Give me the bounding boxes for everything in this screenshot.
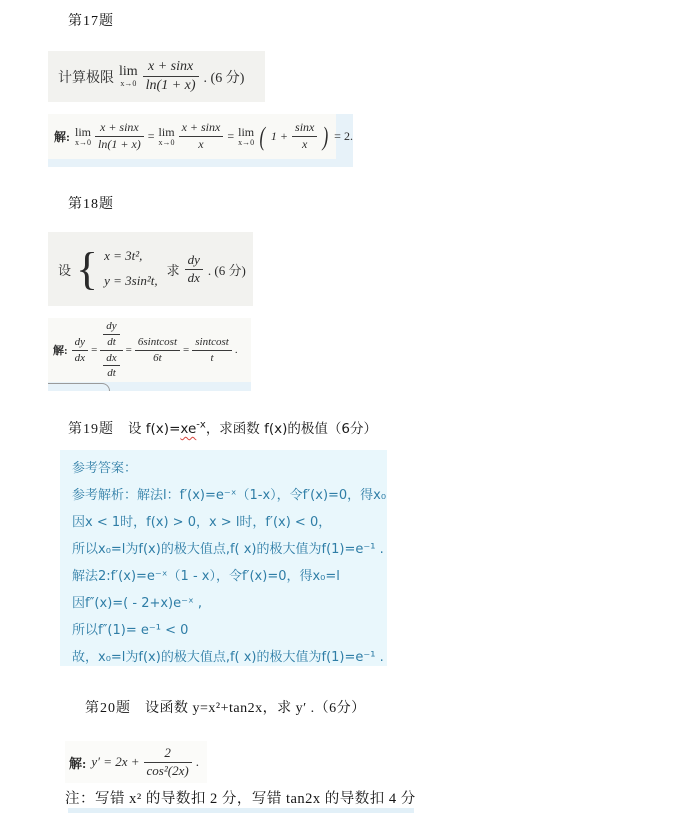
equals-sign: = — [91, 344, 97, 356]
answer-line-3: 所以x₀=l为f(x)的极大值点,f( x)的极大值为f(1)=e⁻¹ . — [72, 536, 375, 563]
fraction-numerator: x + sinx — [95, 121, 144, 137]
nested-fraction-denominator: dx dt — [100, 351, 122, 380]
fraction-denominator: dt — [103, 335, 119, 349]
fraction: dx dt — [103, 352, 119, 380]
answer-line-6: 所以f″(1)= e⁻¹ < 0 — [72, 617, 375, 644]
lim-word: lim — [119, 65, 138, 79]
fraction-numerator: dy — [103, 320, 119, 335]
nested-fraction-numerator: dy dt — [100, 320, 122, 350]
fraction-numerator: sintcost — [192, 336, 232, 351]
q17-heading: 第17题 — [68, 10, 114, 30]
grading-note: 注：写错 x² 的导数扣 2 分，写错 tan2x 的导数扣 4 分 — [65, 787, 416, 808]
q19-reference-answer-box: 参考答案： 参考解析：解法l：f′(x)=e⁻ˣ（1-x），令f′(x)=0，得… — [60, 450, 387, 666]
fraction-denominator: dt — [103, 366, 119, 380]
fraction-numerator: x + sinx — [179, 121, 224, 137]
fraction: x + sinx ln(1 + x) — [95, 121, 144, 152]
q18-problem-formula: 设 { x = 3t², y = 3sin²t, 求 dy dx . (6 分) — [48, 232, 253, 306]
equals-sign: = — [183, 344, 189, 356]
equals-sign: = — [148, 129, 155, 144]
fraction-denominator: x — [292, 137, 317, 152]
q19-statement: 第19题设 f(x)=xe-x，求函数 f(x)的极值（6分） — [68, 417, 377, 438]
fraction-numerator: dx — [103, 352, 119, 367]
q20-statement: 第20题设函数 y=x²+tan2x，求 y′ .（6分） — [85, 697, 366, 717]
fraction: sintcost t — [192, 336, 232, 364]
close-paren: ) — [323, 125, 329, 149]
partial-box-outline — [48, 383, 110, 391]
lim-subscript: x→0 — [238, 139, 254, 147]
bottom-highlight-strip — [68, 808, 414, 813]
q18-heading: 第18题 — [68, 193, 114, 213]
period: . — [235, 344, 238, 356]
lim-subscript: x→0 — [159, 139, 175, 147]
q17-solution-formula: 解: lim x→0 x + sinx ln(1 + x) = lim x→0 … — [48, 114, 336, 159]
solution-label: 解: — [54, 128, 70, 145]
q19-exponent: -x — [196, 420, 206, 431]
fraction-denominator: ln(1 + x) — [95, 137, 144, 152]
fraction-denominator: 6t — [135, 351, 180, 365]
equals-sign: = — [227, 129, 234, 144]
system-line-1: x = 3t², — [104, 244, 157, 269]
document-page: 第17题 计算极限 lim x→0 x + sinx ln(1 + x) . (… — [0, 0, 674, 820]
lim-word: lim — [238, 126, 254, 138]
answer-line-1: 参考解析：解法l：f′(x)=e⁻ˣ（1-x），令f′(x)=0，得x₀=l — [72, 482, 375, 509]
equals-sign: = — [126, 344, 132, 356]
answer-line-4: 解法2:f′(x)=e⁻ˣ（1 - x），令f′(x)=0，得x₀=l — [72, 563, 375, 590]
fraction: x + sinx ln(1 + x) — [143, 59, 199, 94]
fraction-numerator: x + sinx — [143, 59, 199, 77]
lim-subscript: x→0 — [119, 80, 138, 88]
answer-title: 参考答案： — [72, 455, 375, 482]
fraction-denominator: cos²(2x) — [144, 763, 192, 779]
system-brace: { — [76, 248, 98, 289]
limit-operator: lim x→0 — [238, 126, 254, 147]
q18-problem-score: . (6 分) — [208, 260, 246, 279]
period: . — [196, 754, 199, 770]
q18-solution-highlight: 解: dy dx = dy dt dx dt — [48, 318, 251, 391]
q17-problem-formula: 计算极限 lim x→0 x + sinx ln(1 + x) . (6 分) — [48, 51, 265, 102]
limit-operator: lim x→0 — [119, 65, 138, 88]
fraction-numerator: dy — [72, 336, 88, 351]
solution-label: 解: — [69, 753, 86, 772]
fraction: x + sinx x — [179, 121, 224, 152]
fraction-denominator: x — [179, 137, 224, 152]
q19-heading: 第19题 — [68, 422, 114, 437]
limit-operator: lim x→0 — [75, 126, 91, 147]
q19-spellcheck-text: xe — [180, 421, 196, 437]
fraction-numerator: 2 — [144, 746, 192, 763]
q19-statement-post: ，求函数 f(x)的极值（6分） — [206, 421, 377, 437]
fraction-denominator: dx — [185, 270, 203, 286]
fraction: 2 cos²(2x) — [144, 746, 192, 779]
lim-word: lim — [75, 126, 91, 138]
q18-problem-prefix: 设 — [58, 260, 71, 279]
fraction: dy dx — [185, 253, 203, 286]
lim-word: lim — [159, 126, 175, 138]
solution-label: 解: — [53, 342, 68, 358]
answer-line-7: 故，x₀=l为f(x)的极大值点,f( x)的极大值为f(1)=e⁻¹ . — [72, 644, 375, 666]
q18-solution-formula: 解: dy dx = dy dt dx dt — [48, 318, 251, 382]
fraction-numerator: dy — [185, 253, 203, 270]
fraction-denominator: ln(1 + x) — [143, 77, 199, 94]
q19-statement-pre: 设 f(x)= — [128, 421, 180, 437]
q18-problem-mid: 求 — [167, 260, 180, 279]
q20-solution-pre: y′ = 2x + — [91, 754, 139, 770]
open-paren: ( — [260, 125, 266, 149]
system-line-2: y = 3sin²t, — [104, 269, 157, 294]
fraction-numerator: 6sintcost — [135, 336, 180, 351]
result-value: = 2. — [334, 129, 353, 144]
equation-system: x = 3t², y = 3sin²t, — [104, 244, 157, 293]
fraction-denominator: t — [192, 351, 232, 365]
q17-solution-highlight: 解: lim x→0 x + sinx ln(1 + x) = lim x→0 … — [48, 114, 353, 167]
fraction: dy dt — [103, 320, 119, 348]
nested-fraction: dy dt dx dt — [100, 320, 122, 380]
q17-problem-prefix: 计算极限 — [58, 67, 114, 87]
answer-line-2: 因x < 1时，f(x) > 0，x > l时，f′(x) < 0， — [72, 509, 375, 536]
fraction-numerator: sinx — [292, 121, 317, 137]
q20-solution-formula: 解: y′ = 2x + 2 cos²(2x) . — [65, 741, 207, 783]
q17-problem-score: . (6 分) — [204, 67, 245, 87]
answer-line-5: 因f″(x)=( - 2+x)e⁻ˣ , — [72, 590, 375, 617]
q20-heading: 第20题 — [85, 701, 131, 716]
fraction: 6sintcost 6t — [135, 336, 180, 364]
limit-operator: lim x→0 — [159, 126, 175, 147]
fraction: sinx x — [292, 121, 317, 152]
q20-statement-text: 设函数 y=x²+tan2x，求 y′ .（6分） — [145, 701, 366, 716]
fraction-denominator: dx — [72, 351, 88, 365]
fraction: dy dx — [72, 336, 88, 364]
one-plus-term: 1 + — [271, 129, 288, 144]
lim-subscript: x→0 — [75, 139, 91, 147]
